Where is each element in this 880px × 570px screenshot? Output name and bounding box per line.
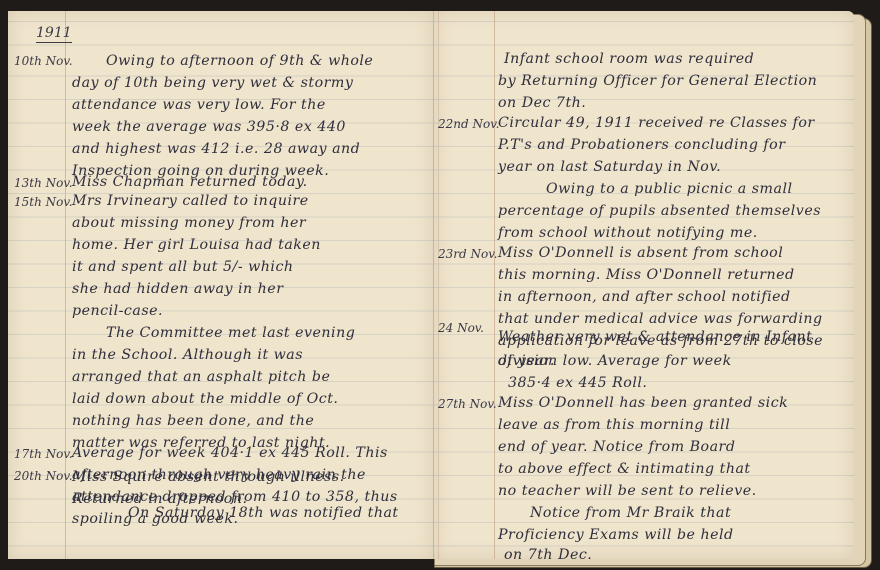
entry-date: 20th Nov. bbox=[14, 469, 73, 483]
entry-line: attendance was very low. For the bbox=[72, 97, 326, 113]
entry-date: 17th Nov. bbox=[14, 447, 73, 461]
entry-line: this morning. Miss O'Donnell returned bbox=[498, 267, 795, 283]
entry-line: afternoon through very heavy rain the bbox=[72, 467, 366, 483]
entry-line: home. Her girl Louisa had taken bbox=[72, 237, 321, 253]
entry-line: Infant school room was required bbox=[504, 51, 754, 67]
entry-line: by Returning Officer for General Electio… bbox=[498, 73, 817, 89]
entry-line: nothing has been done, and the bbox=[72, 413, 314, 429]
entry-line: of year. bbox=[498, 353, 555, 369]
entry-line: Miss Chapman returned today. bbox=[72, 174, 308, 190]
entry-date: 15th Nov. bbox=[14, 195, 73, 209]
entry-line: Circular 49, 1911 received re Classes fo… bbox=[498, 115, 815, 131]
entry-line: day of 10th being very wet & stormy bbox=[72, 75, 353, 91]
entry-date: 10th Nov. bbox=[14, 54, 73, 68]
entry-line: P.T's and Probationers concluding for bbox=[498, 137, 786, 153]
right-page: Infant school room was required by Retur… bbox=[434, 11, 854, 559]
entry-line: application for leave as from 27th to cl… bbox=[498, 333, 823, 349]
entry-line: it and spent all but 5/- which bbox=[72, 259, 294, 275]
entry-line: Mrs Irvineary called to inquire bbox=[72, 193, 309, 209]
entry-line: attendance dropped from 410 to 358, thus bbox=[72, 489, 398, 505]
entry-line: Owing to a public picnic a small bbox=[546, 181, 793, 197]
entry-line: The Committee met last evening bbox=[106, 325, 355, 341]
year-heading: 1911 bbox=[36, 25, 72, 43]
entry-line: spoiling a good week. bbox=[72, 511, 239, 527]
entry-line: from school without notifying me. bbox=[498, 225, 758, 241]
entry-line: pencil-case. bbox=[72, 303, 163, 319]
entry-line: in afternoon, and after school notified bbox=[498, 289, 791, 305]
entry-date: 23rd Nov. bbox=[438, 247, 497, 261]
open-logbook: 1911 10th Nov. Owing to afternoon of 9th… bbox=[0, 0, 880, 570]
entry-line: arranged that an asphalt pitch be bbox=[72, 369, 330, 385]
entry-date: 22nd Nov. bbox=[438, 117, 499, 131]
entry-line: laid down about the middle of Oct. bbox=[72, 391, 338, 407]
entry-line: year on last Saturday in Nov. bbox=[498, 159, 721, 175]
entry-line: week the average was 395·8 ex 440 bbox=[72, 119, 346, 135]
margin-rule bbox=[494, 11, 495, 559]
entry-line: Average for week 404·1 ex 445 Roll. This bbox=[72, 445, 388, 461]
entry-line: she had hidden away in her bbox=[72, 281, 283, 297]
entry-line: that under medical advice was forwarding bbox=[498, 311, 823, 327]
entry-line: and highest was 412 i.e. 28 away and bbox=[72, 141, 360, 157]
entry-line: percentage of pupils absented themselves bbox=[498, 203, 821, 219]
entry-date: 13th Nov. bbox=[14, 176, 73, 190]
entry-line: Miss O'Donnell is absent from school bbox=[498, 245, 783, 261]
entry-line: Owing to afternoon of 9th & whole bbox=[106, 53, 373, 69]
margin-rule-outer bbox=[438, 11, 439, 559]
entry-line: on Dec 7th. bbox=[498, 95, 586, 111]
entry-line: in the School. Although it was bbox=[72, 347, 303, 363]
entry-line: about missing money from her bbox=[72, 215, 306, 231]
